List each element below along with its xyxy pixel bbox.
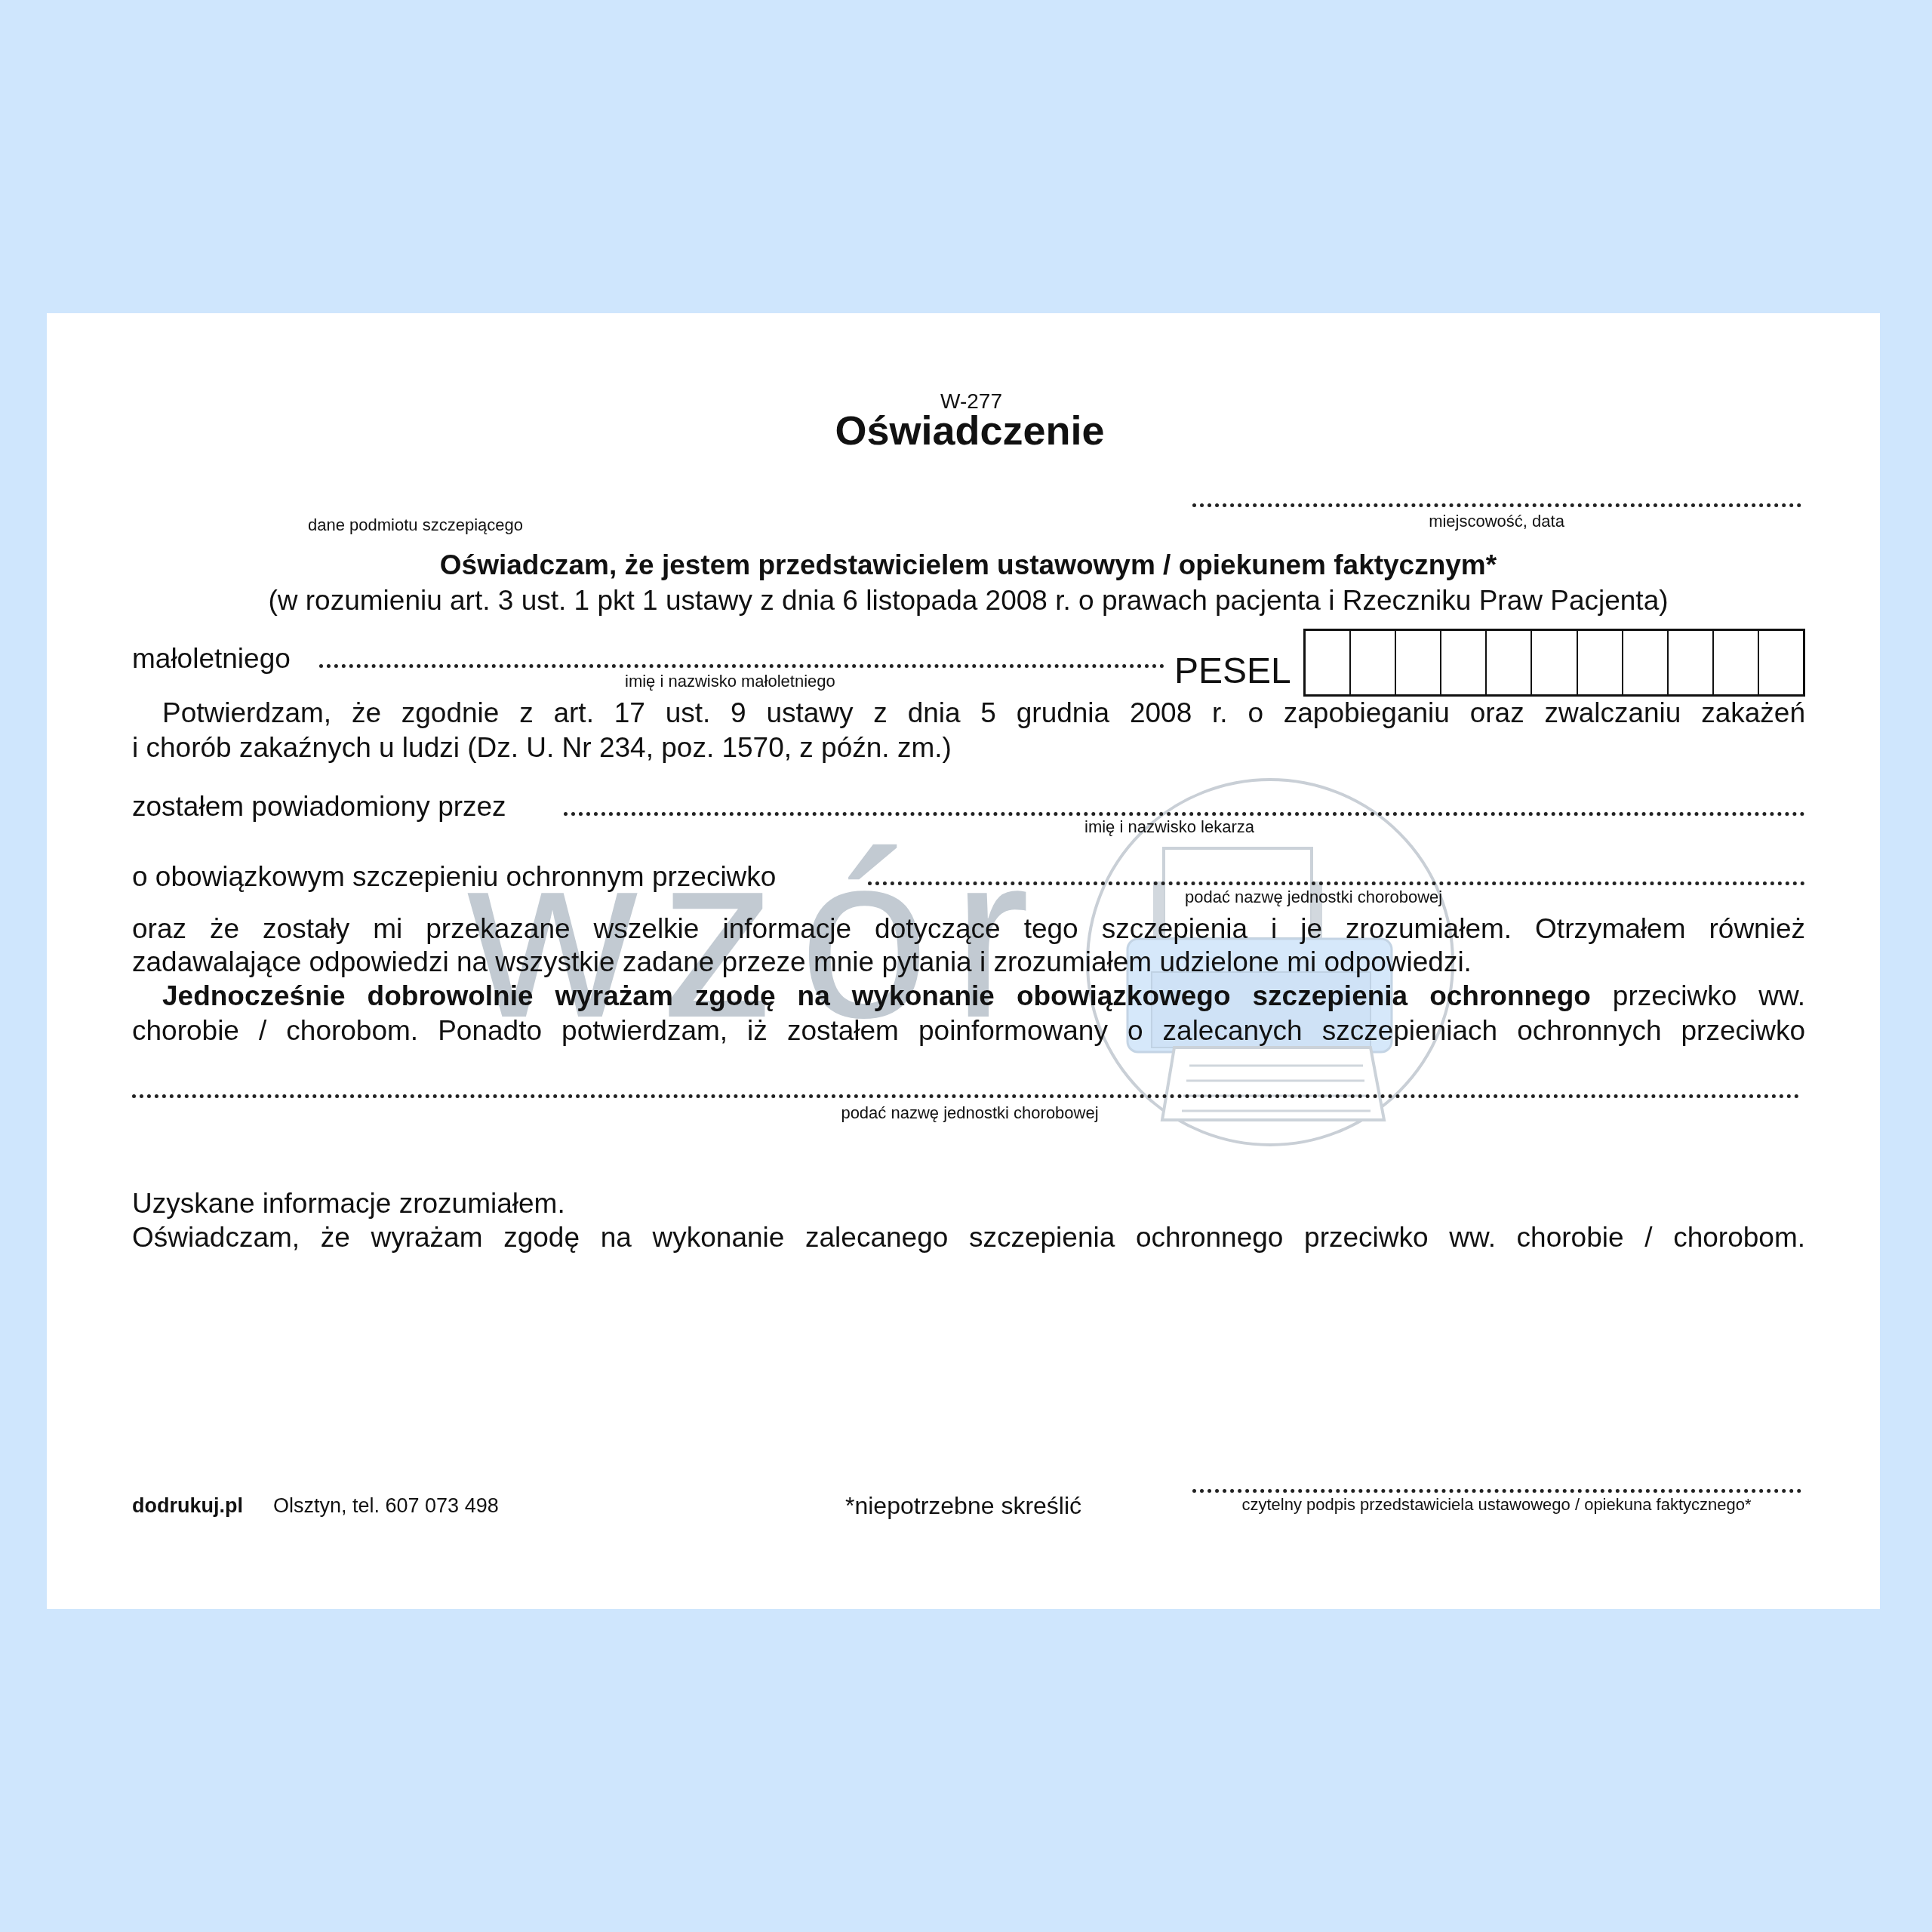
doctor-name-field[interactable] — [564, 812, 1805, 816]
statement-heading: Oświadczam, że jestem przedstawicielem u… — [440, 549, 1497, 581]
recommended-disease-label: podać nazwę jednostki chorobowej — [841, 1103, 1098, 1123]
pesel-digit-cell[interactable] — [1487, 631, 1532, 694]
form-title: Oświadczenie — [835, 408, 1104, 454]
confirm-line-1: Potwierdzam, że zgodnie z art. 17 ust. 9… — [132, 697, 1805, 729]
info-line-1: oraz że zostały mi przekazane wszelkie i… — [132, 913, 1805, 945]
mandatory-prefix: o obowiązkowym szczepieniu ochronnym prz… — [132, 861, 776, 893]
consent-line-2: chorobie / chorobom. Ponadto potwierdzam… — [132, 1015, 1805, 1047]
minor-prefix: małoletniego — [132, 643, 291, 675]
pesel-digit-cell[interactable] — [1532, 631, 1577, 694]
doctor-name-label: imię i nazwisko lekarza — [1084, 817, 1254, 837]
disease-field[interactable] — [868, 881, 1805, 885]
pesel-digit-cell[interactable] — [1714, 631, 1759, 694]
contact-info: Olsztyn, tel. 607 073 498 — [273, 1494, 499, 1518]
pesel-digit-cell[interactable] — [1306, 631, 1351, 694]
pesel-digit-cell[interactable] — [1578, 631, 1623, 694]
minor-name-label: imię i nazwisko małoletniego — [625, 672, 835, 691]
notified-prefix: zostałem powiadomiony przez — [132, 791, 506, 823]
signature-label: czytelny podpis przedstawiciela ustawowe… — [1241, 1495, 1751, 1515]
pesel-digit-cell[interactable] — [1441, 631, 1487, 694]
statement-subheading: (w rozumieniu art. 3 ust. 1 pkt 1 ustawy… — [268, 585, 1668, 617]
disease-label: podać nazwę jednostki chorobowej — [1185, 888, 1442, 907]
consent-line-1: Jednocześnie dobrowolnie wyrażam zgodę n… — [132, 980, 1805, 1012]
consent-bold-text: Jednocześnie dobrowolnie wyrażam zgodę n… — [162, 980, 1591, 1011]
understood-text: Uzyskane informacje zrozumiałem. — [132, 1188, 565, 1220]
signature-field[interactable] — [1192, 1489, 1801, 1493]
pesel-label: PESEL — [1174, 651, 1291, 692]
entity-label: dane podmiotu szczepiącego — [308, 515, 523, 535]
pesel-digit-cell[interactable] — [1669, 631, 1714, 694]
info-line-2: zadawalające odpowiedzi na wszystkie zad… — [132, 946, 1472, 978]
recommended-disease-field[interactable] — [132, 1094, 1800, 1098]
pesel-digit-cell[interactable] — [1759, 631, 1803, 694]
place-date-label: miejscowość, data — [1429, 512, 1564, 531]
brand-name: dodrukuj.pl — [132, 1494, 243, 1518]
minor-name-field[interactable] — [319, 664, 1164, 668]
footnote: *niepotrzebne skreślić — [845, 1492, 1081, 1520]
pesel-field[interactable] — [1303, 629, 1805, 697]
confirm-line-2: i chorób zakaźnych u ludzi (Dz. U. Nr 23… — [132, 732, 952, 764]
pesel-digit-cell[interactable] — [1623, 631, 1669, 694]
pesel-digit-cell[interactable] — [1351, 631, 1396, 694]
final-consent-text: Oświadczam, że wyrażam zgodę na wykonani… — [132, 1222, 1805, 1254]
pesel-digit-cell[interactable] — [1396, 631, 1441, 694]
place-date-field[interactable] — [1192, 503, 1801, 507]
